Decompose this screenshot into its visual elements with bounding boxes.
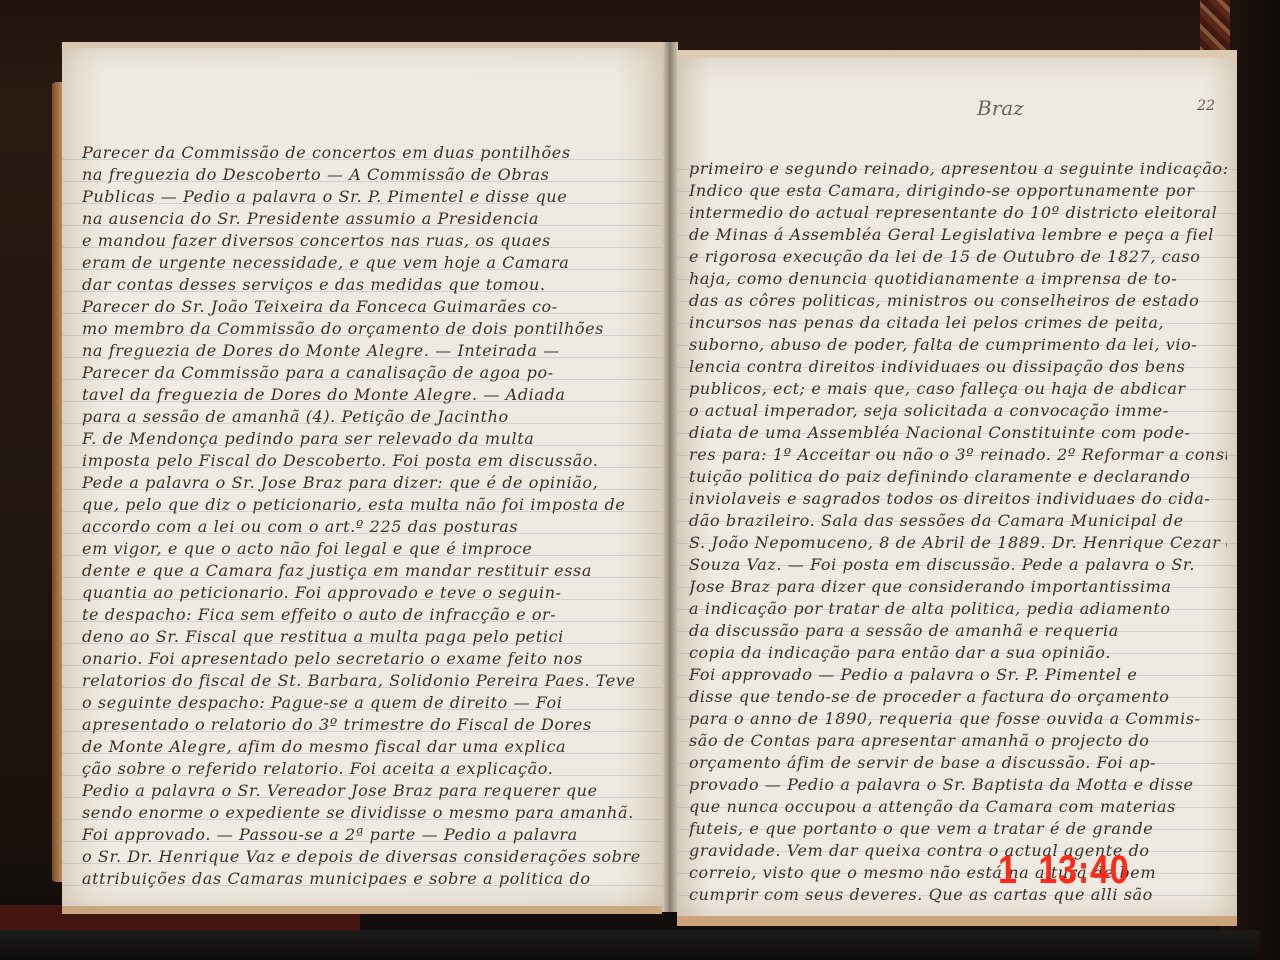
handwritten-line: haja, como denuncia quotidianamente a im…: [689, 268, 1227, 290]
handwritten-line: incursos nas penas da citada lei pelos c…: [689, 312, 1227, 334]
handwritten-line: futeis, e que portanto o que vem a trata…: [689, 818, 1227, 840]
handwritten-line: de Minas á Assembléa Geral Legislativa l…: [689, 224, 1227, 246]
handwritten-line: o Sr. Dr. Henrique Vaz e depois de diver…: [82, 846, 650, 868]
handwritten-line: da discussão para a sessão de amanhã e r…: [689, 620, 1227, 642]
handwritten-line: mo membro da Commissão do orçamento de d…: [82, 318, 650, 340]
handwritten-line: primeiro e segundo reinado, apresentou a…: [689, 158, 1227, 180]
handwritten-line: attribuições das Camaras municipaes e so…: [82, 868, 650, 890]
handwritten-line: res para: 1º Acceitar ou não o 3º reinad…: [689, 444, 1227, 466]
handwritten-line: S. João Nepomuceno, 8 de Abril de 1889. …: [689, 532, 1227, 554]
handwritten-line: gravidade. Vem dar queixa contra o actua…: [689, 840, 1227, 862]
handwritten-line: apresentado o relatorio do 3º trimestre …: [82, 714, 650, 736]
handwritten-line: eram de urgente necessidade, e que vem h…: [82, 252, 650, 274]
handwritten-line: Pede a palavra o Sr. Jose Braz para dize…: [82, 472, 650, 494]
handwritten-line: Publicas — Pedio a palavra o Sr. P. Pime…: [82, 186, 650, 208]
handwritten-line: deno ao Sr. Fiscal que restitua a multa …: [82, 626, 650, 648]
page-header-name: Braz: [977, 96, 1024, 120]
handwritten-line: Jose Braz para dizer que considerando im…: [689, 576, 1227, 598]
handwritten-line: Foi approvado — Pedio a palavra o Sr. P.…: [689, 664, 1227, 686]
handwritten-line: que, pelo que diz o peticionario, esta m…: [82, 494, 650, 516]
handwritten-line: o seguinte despacho: Pague-se a quem de …: [82, 692, 650, 714]
right-page: Braz 22 primeiro e segundo reinado, apre…: [677, 50, 1237, 926]
handwritten-line: ção sobre o referido relatorio. Foi acei…: [82, 758, 650, 780]
handwritten-line: de Monte Alegre, afim do mesmo fiscal da…: [82, 736, 650, 758]
left-page: Parecer da Commissão de concertos em dua…: [62, 42, 662, 914]
handwritten-line: quantia ao peticionario. Foi approvado e…: [82, 582, 650, 604]
handwritten-line: Indico que esta Camara, dirigindo-se opp…: [689, 180, 1227, 202]
handwritten-line: onario. Foi apresentado pelo secretario …: [82, 648, 650, 670]
handwritten-line: para o anno de 1890, requeria que fosse …: [689, 708, 1227, 730]
handwritten-line: correio, visto que o mesmo não está na a…: [689, 862, 1227, 884]
handwritten-line: dão brazileiro. Sala das sessões da Cama…: [689, 510, 1227, 532]
handwritten-line: suborno, abuso de poder, falta de cumpri…: [689, 334, 1227, 356]
handwritten-line: tuição politica do paiz definindo claram…: [689, 466, 1227, 488]
handwritten-line: das as côres politicas, ministros ou con…: [689, 290, 1227, 312]
handwritten-line: publicos, ect; e mais que, caso falleça …: [689, 378, 1227, 400]
background-glass-table: [0, 930, 1260, 960]
handwritten-line: disse que tendo-se de proceder a factura…: [689, 686, 1227, 708]
handwritten-line: a indicação por tratar de alta politica,…: [689, 598, 1227, 620]
handwritten-line: dar contas desses serviços e das medidas…: [82, 274, 650, 296]
handwritten-line: Parecer da Commissão para a canalisação …: [82, 362, 650, 384]
handwritten-line: tavel da freguezia de Dores do Monte Ale…: [82, 384, 650, 406]
handwritten-line: imposta pelo Fiscal do Descoberto. Foi p…: [82, 450, 650, 472]
handwritten-line: em vigor, e que o acto não foi legal e q…: [82, 538, 650, 560]
handwritten-line: dente e que a Camara faz justiça em mand…: [82, 560, 650, 582]
handwritten-line: Foi approvado. — Passou-se a 2ª parte — …: [82, 824, 650, 846]
handwritten-line: te despacho: Fica sem effeito o auto de …: [82, 604, 650, 626]
handwritten-line: orçamento áfim de servir de base a discu…: [689, 752, 1227, 774]
handwritten-line: e mandou fazer diversos concertos nas ru…: [82, 230, 650, 252]
handwritten-line: relatorios do fiscal de St. Barbara, Sol…: [82, 670, 650, 692]
handwritten-line: Parecer do Sr. João Teixeira da Fonceca …: [82, 296, 650, 318]
open-ledger-book: Parecer da Commissão de concertos em dua…: [52, 42, 1247, 912]
handwritten-line: são de Contas para apresentar amanhã o p…: [689, 730, 1227, 752]
handwritten-line: na ausencia do Sr. Presidente assumio a …: [82, 208, 650, 230]
handwritten-line: Parecer da Commissão de concertos em dua…: [82, 142, 650, 164]
handwritten-line: Pedio a palavra o Sr. Vereador Jose Braz…: [82, 780, 650, 802]
book-gutter: [662, 42, 678, 912]
handwritten-line: inviolaveis e sagrados todos os direitos…: [689, 488, 1227, 510]
handwritten-line: o actual imperador, seja solicitada a co…: [689, 400, 1227, 422]
left-page-text: Parecer da Commissão de concertos em dua…: [82, 142, 650, 890]
right-page-text: primeiro e segundo reinado, apresentou a…: [689, 158, 1227, 906]
handwritten-line: cumprir com seus deveres. Que as cartas …: [689, 884, 1227, 906]
handwritten-line: intermedio do actual representante do 10…: [689, 202, 1227, 224]
handwritten-line: accordo com a lei ou com o art.º 225 das…: [82, 516, 650, 538]
handwritten-line: Souza Vaz. — Foi posta em discussão. Ped…: [689, 554, 1227, 576]
camera-timestamp-overlay: 1 13:40: [998, 848, 1130, 893]
handwritten-line: diata de uma Assembléa Nacional Constitu…: [689, 422, 1227, 444]
handwritten-line: F. de Mendonça pedindo para ser relevado…: [82, 428, 650, 450]
handwritten-line: copia da indicação para então dar a sua …: [689, 642, 1227, 664]
handwritten-line: lencia contra direitos individuaes ou di…: [689, 356, 1227, 378]
handwritten-line: e rigorosa execução da lei de 15 de Outu…: [689, 246, 1227, 268]
handwritten-line: para a sessão de amanhã (4). Petição de …: [82, 406, 650, 428]
handwritten-line: provado — Pedio a palavra o Sr. Baptista…: [689, 774, 1227, 796]
handwritten-line: na freguezia de Dores do Monte Alegre. —…: [82, 340, 650, 362]
handwritten-line: na freguezia do Descoberto — A Commissão…: [82, 164, 650, 186]
page-number: 22: [1197, 98, 1215, 114]
handwritten-line: que nunca occupou a attenção da Camara c…: [689, 796, 1227, 818]
handwritten-line: sendo enorme o expediente se dividisse o…: [82, 802, 650, 824]
